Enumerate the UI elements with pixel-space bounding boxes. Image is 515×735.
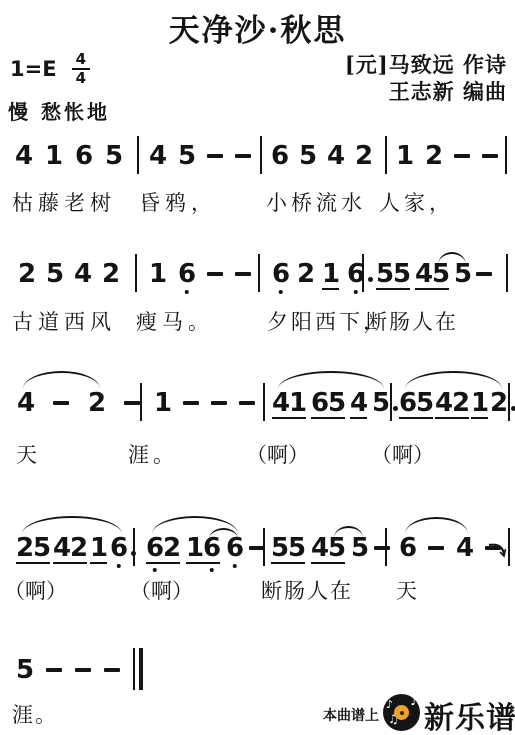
note-group: 5	[46, 262, 63, 286]
low-octave-dot	[353, 290, 358, 295]
slur-arc	[438, 252, 466, 265]
music-bar: 6216	[272, 262, 364, 290]
music-bar: 64	[399, 536, 501, 560]
jianpu-note: 4	[350, 391, 367, 415]
jianpu-note: 4	[415, 262, 432, 286]
jianpu-note: 5	[105, 144, 122, 168]
tie-continuation-mark	[488, 539, 510, 563]
note-group	[211, 391, 227, 405]
jianpu-note: 5	[328, 391, 345, 415]
augmentation-dot	[368, 277, 374, 283]
note-group: 4	[149, 144, 166, 168]
beam-group: 45	[415, 262, 449, 290]
jianpu-note: 6	[226, 536, 243, 560]
jianpu-note: 2	[16, 536, 33, 560]
note-group	[207, 144, 223, 158]
duration-dash	[75, 668, 91, 672]
lyric-text: （啊）	[130, 579, 193, 604]
barline	[385, 528, 387, 566]
note-group: 1	[154, 391, 171, 415]
beam-group: 1	[90, 536, 107, 564]
duration-dash	[211, 401, 227, 405]
note-group: 6	[226, 536, 243, 560]
jianpu-note: 5	[416, 391, 433, 415]
slur-arc	[405, 517, 468, 534]
jianpu-note: 5	[454, 262, 471, 286]
music-bar: 42	[17, 391, 140, 415]
jianpu-note: 4	[327, 144, 344, 168]
barline	[140, 383, 142, 421]
music-bar: 55455	[271, 536, 390, 564]
lyric-text: 天	[16, 443, 37, 468]
beam-group: 41	[272, 391, 306, 419]
jianpu-note: 5	[46, 262, 63, 286]
barline	[263, 383, 265, 421]
note-group: 6	[75, 144, 92, 168]
footer: 本曲谱上 ♪ ♫ ♪ 新乐谱	[0, 692, 515, 735]
jianpu-note: 6	[110, 536, 127, 560]
duration-dash	[476, 272, 492, 276]
duration-dash	[53, 401, 69, 405]
note-group: 1	[45, 144, 62, 168]
note-group	[374, 536, 390, 550]
low-octave-dot	[278, 290, 283, 295]
note-group: 4	[456, 536, 473, 560]
note-group	[104, 658, 120, 672]
note-group: 6	[272, 262, 289, 286]
note-group: 2	[355, 144, 372, 168]
beam-group: 16	[186, 536, 220, 564]
music-bar: 45	[149, 144, 251, 168]
note-group: 1	[149, 262, 166, 286]
jianpu-note: 1	[471, 391, 488, 415]
jianpu-note: 2	[70, 536, 87, 560]
jianpu-note: 1	[322, 262, 339, 286]
jianpu-note: 6	[178, 262, 195, 286]
vinyl-record-icon: ♪ ♫ ♪	[383, 694, 420, 731]
jianpu-note: 5	[271, 536, 288, 560]
jianpu-note: 5	[432, 262, 449, 286]
note-group	[482, 144, 498, 158]
note-group: 2	[297, 262, 314, 286]
duration-dash	[104, 668, 120, 672]
lyric-text: 枯藤老树	[12, 191, 116, 216]
jianpu-note: 6	[146, 536, 163, 560]
barline	[385, 136, 387, 174]
jianpu-note: 5	[372, 391, 389, 415]
barline	[505, 136, 507, 174]
barline	[362, 254, 364, 292]
augmentation-dot	[393, 406, 399, 412]
lyric-text: 小桥流水	[266, 191, 366, 216]
jianpu-note: 2	[163, 536, 180, 560]
low-octave-dot	[184, 290, 189, 295]
jianpu-note: 2	[297, 262, 314, 286]
note-group: 2	[102, 262, 119, 286]
jianpu-note: 1	[186, 536, 203, 560]
beam-group: 62	[146, 536, 180, 564]
note-group: 4	[327, 144, 344, 168]
note-group: 2	[18, 262, 35, 286]
music-bar: 654212	[399, 391, 507, 419]
note-group	[75, 658, 91, 672]
jianpu-note: 4	[74, 262, 91, 286]
music-bar: 16	[149, 262, 251, 286]
barline	[139, 648, 143, 690]
barline	[263, 528, 265, 566]
note-group: 5	[351, 536, 368, 560]
note-group	[207, 262, 223, 276]
beam-group: 42	[435, 391, 469, 419]
barline	[258, 254, 260, 292]
note-group: 5	[105, 144, 122, 168]
duration-dash	[428, 546, 444, 550]
jianpu-note: 6	[203, 536, 220, 560]
jianpu-note: 2	[88, 391, 105, 415]
beam-group: 42	[53, 536, 87, 564]
lyric-text: 昏鸦，	[139, 191, 217, 216]
jianpu-note: 1	[154, 391, 171, 415]
jianpu-note: 2	[355, 144, 372, 168]
lyric-text: 瘦马。	[136, 310, 214, 335]
note-group: 1	[396, 144, 413, 168]
note-group: 5	[299, 144, 316, 168]
slur-arc	[405, 371, 502, 389]
jianpu-note: 5	[288, 536, 305, 560]
note-group: 5	[454, 262, 471, 286]
jianpu-note: 1	[289, 391, 306, 415]
low-octave-dot	[232, 564, 237, 569]
beam-group: 55	[271, 536, 305, 564]
jianpu-note: 4	[311, 536, 328, 560]
slur-arc	[23, 371, 100, 389]
music-bar: 55455	[376, 262, 492, 290]
note-group: 4	[17, 391, 34, 415]
music-bar: 62166	[146, 536, 265, 564]
low-octave-dot	[209, 568, 214, 573]
music-bar: 2542	[18, 262, 119, 286]
note-group	[46, 658, 62, 672]
lyric-text: 古道西风	[12, 310, 116, 335]
jianpu-note: 4	[456, 536, 473, 560]
low-octave-dot	[116, 564, 121, 569]
duration-dash	[235, 272, 251, 276]
jianpu-note: 4	[149, 144, 166, 168]
augmentation-dot	[511, 406, 515, 412]
duration-dash	[207, 272, 223, 276]
barline	[133, 648, 135, 690]
lyric-text: 断肠人在	[366, 310, 458, 335]
duration-dash	[207, 154, 223, 158]
jianpu-note: 4	[435, 391, 452, 415]
jianpu-note: 2	[452, 391, 469, 415]
beam-group: 1	[471, 391, 488, 419]
jianpu-note: 4	[272, 391, 289, 415]
jianpu-note: 6	[399, 536, 416, 560]
beam-group: 45	[311, 536, 345, 564]
jianpu-note: 1	[396, 144, 413, 168]
lyric-text: 天	[396, 579, 417, 604]
slur-arc	[22, 516, 122, 534]
score-area: 416545654212枯藤老树昏鸦，小桥流水人家，25421662165545…	[0, 0, 515, 735]
lyric-text: （啊）	[4, 579, 67, 604]
lyric-text: 断肠人在	[261, 579, 353, 604]
note-group	[183, 391, 199, 405]
lyric-text: 人家，	[379, 191, 454, 216]
barline	[260, 136, 262, 174]
note-group: 4	[74, 262, 91, 286]
note-group: 5	[16, 658, 33, 682]
barline	[133, 528, 135, 566]
jianpu-note: 5	[376, 262, 393, 286]
music-note-icon: ♪	[386, 699, 393, 710]
note-group	[454, 144, 470, 158]
music-bar: 5	[16, 658, 120, 682]
music-bar: 12	[396, 144, 498, 168]
jianpu-note: 1	[149, 262, 166, 286]
note-group: 5	[178, 144, 195, 168]
barline	[390, 383, 392, 421]
jianpu-note: 5	[33, 536, 50, 560]
note-group	[476, 262, 492, 276]
note-group	[235, 144, 251, 158]
jianpu-note: 1	[45, 144, 62, 168]
beam-group: 1	[322, 262, 339, 290]
music-bar: 4165	[15, 144, 122, 168]
slur-arc	[278, 371, 384, 389]
jianpu-note: 4	[53, 536, 70, 560]
note-group: 6	[178, 262, 195, 286]
note-group	[53, 391, 69, 405]
note-group	[124, 391, 140, 405]
note-group: 6	[110, 536, 127, 560]
duration-dash	[46, 668, 62, 672]
barline	[508, 383, 510, 421]
barline	[137, 136, 139, 174]
brand-name: 新乐谱	[424, 693, 515, 735]
duration-dash	[235, 154, 251, 158]
duration-dash	[124, 401, 140, 405]
jianpu-note: 6	[399, 391, 416, 415]
jianpu-note: 2	[102, 262, 119, 286]
slur-arc	[334, 526, 363, 538]
jianpu-note: 6	[271, 144, 288, 168]
duration-dash	[183, 401, 199, 405]
jianpu-note: 5	[299, 144, 316, 168]
music-bar: 416545	[272, 391, 389, 419]
jianpu-note: 5	[393, 262, 410, 286]
jianpu-note: 6	[311, 391, 328, 415]
barline	[506, 254, 508, 292]
beam-group: 55	[376, 262, 410, 290]
jianpu-note: 5	[328, 536, 345, 560]
note-group	[235, 262, 251, 276]
music-note-icon: ♪	[410, 695, 418, 707]
music-bar: 6542	[271, 144, 372, 168]
jianpu-note: 6	[272, 262, 289, 286]
beam-group: 65	[311, 391, 345, 419]
lyric-text: 涯。	[128, 443, 178, 468]
jianpu-note: 6	[75, 144, 92, 168]
note-group: 2	[490, 391, 507, 415]
jianpu-note: 2	[425, 144, 442, 168]
jianpu-note: 2	[18, 262, 35, 286]
lyric-text: （啊）	[371, 443, 434, 468]
jianpu-note: 2	[490, 391, 507, 415]
note-group: 5	[372, 391, 389, 415]
duration-dash	[454, 154, 470, 158]
sheet-page: 天净沙·秋思 1=E 4 4 [元]马致远 作诗 王志新 编曲 慢 愁怅地 41…	[0, 0, 515, 735]
note-group: 4	[15, 144, 32, 168]
jianpu-note: 5	[16, 658, 33, 682]
beam-group: 4	[350, 391, 367, 419]
lyric-text: （啊）	[246, 443, 309, 468]
jianpu-note: 4	[15, 144, 32, 168]
note-group	[428, 536, 444, 550]
barline	[135, 254, 137, 292]
duration-dash	[239, 401, 255, 405]
beam-group: 65	[399, 391, 433, 419]
beam-group: 25	[16, 536, 50, 564]
jianpu-note: 5	[178, 144, 195, 168]
low-octave-dot	[152, 568, 157, 573]
music-bar: 1	[154, 391, 255, 415]
note-group: 6	[399, 536, 416, 560]
jianpu-note: 4	[17, 391, 34, 415]
footer-caption: 本曲谱上	[323, 705, 379, 725]
note-group: 6	[271, 144, 288, 168]
duration-dash	[374, 546, 390, 550]
jianpu-note: 5	[351, 536, 368, 560]
record-hole	[400, 711, 404, 715]
note-group: 2	[425, 144, 442, 168]
note-group: 2	[88, 391, 105, 415]
duration-dash	[482, 154, 498, 158]
note-group	[239, 391, 255, 405]
music-bar: 254216	[16, 536, 127, 564]
jianpu-note: 1	[90, 536, 107, 560]
